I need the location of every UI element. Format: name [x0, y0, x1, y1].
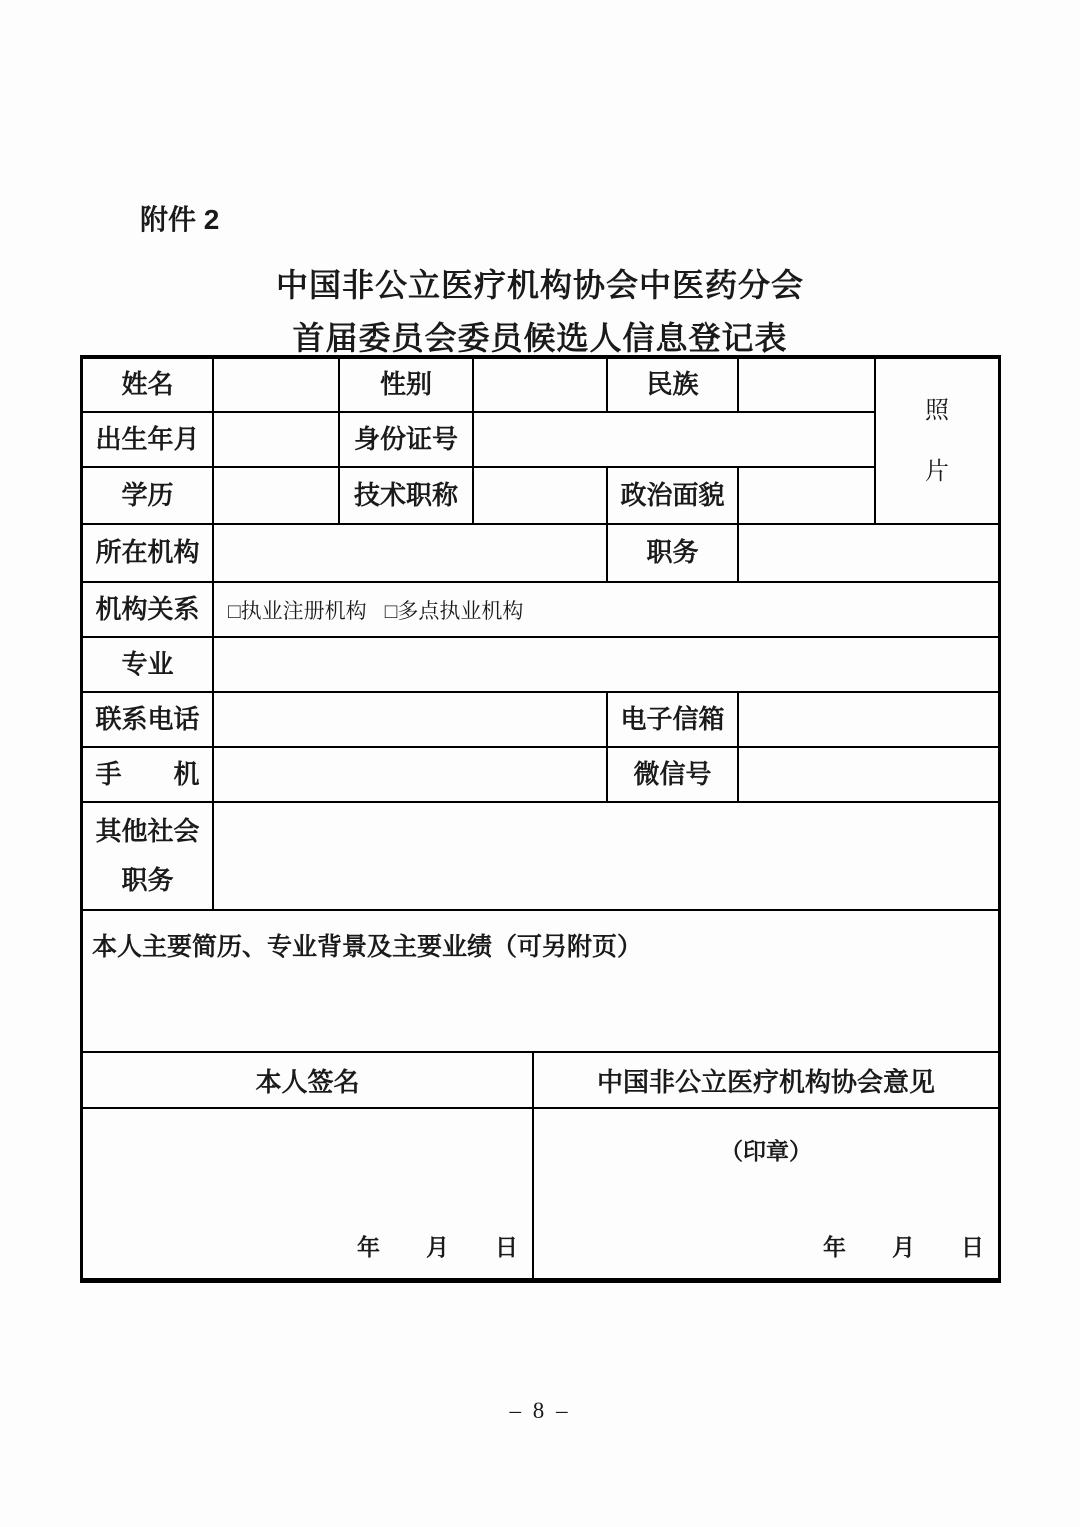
- signature-area-cell: 年 月 日: [83, 1109, 534, 1278]
- checkbox-option-registered-institution: □执业注册机构: [228, 595, 367, 625]
- education-value-cell: [214, 468, 340, 523]
- document-page: 附件 2 中国非公立医疗机构协会中医药分会 首届委员会委员候选人信息登记表 姓名…: [0, 0, 1080, 1527]
- name-value-cell: [214, 359, 340, 411]
- opinion-date: 年 月 日: [823, 1229, 984, 1262]
- registration-form-table: 姓名 性别 民族 出生年月 身份证号 学历 技术职称: [80, 355, 1001, 1283]
- row-mobile-wechat: 手 机 微信号: [83, 748, 998, 803]
- major-value-cell: [214, 638, 998, 691]
- tech-title-value-cell: [474, 468, 608, 523]
- major-label: 专业: [83, 638, 214, 691]
- mobile-label: 手 机: [83, 748, 214, 801]
- signature-header: 本人签名: [83, 1053, 534, 1107]
- opinion-area-cell: （印章） 年 月 日: [534, 1109, 998, 1278]
- row-resume: 本人主要简历、专业背景及主要业绩（可另附页）: [83, 911, 998, 1053]
- checkbox-option-multi-site-institution: □多点执业机构: [385, 595, 524, 625]
- row-name-gender-ethnic: 姓名 性别 民族: [83, 359, 874, 413]
- wechat-value-cell: [739, 748, 998, 801]
- resume-header: 本人主要简历、专业背景及主要业绩（可另附页）: [83, 911, 998, 1051]
- institution-label: 所在机构: [83, 525, 214, 581]
- row-institution-duty: 所在机构 职务: [83, 525, 998, 583]
- row-birth-id: 出生年月 身份证号: [83, 413, 874, 468]
- telephone-label: 联系电话: [83, 693, 214, 746]
- stamp-placeholder: （印章）: [534, 1133, 998, 1166]
- tech-title-label: 技术职称: [340, 468, 474, 523]
- basic-info-left-grid: 姓名 性别 民族 出生年月 身份证号 学历 技术职称: [83, 359, 876, 523]
- duty-label: 职务: [608, 525, 739, 581]
- id-number-label: 身份证号: [340, 413, 474, 466]
- other-social-duty-value-cell: [214, 803, 998, 909]
- political-status-label: 政治面貌: [608, 468, 739, 523]
- row-telephone-email: 联系电话 电子信箱: [83, 693, 998, 748]
- form-rows-basic-info: 姓名 性别 民族 出生年月 身份证号 学历 技术职称: [83, 359, 998, 525]
- birth-label: 出生年月: [83, 413, 214, 466]
- row-institution-relationship: 机构关系 □执业注册机构 □多点执业机构: [83, 583, 998, 638]
- association-opinion-header: 中国非公立医疗机构协会意见: [534, 1053, 998, 1107]
- duty-value-cell: [739, 525, 998, 581]
- row-signature-area: 年 月 日 （印章） 年 月 日: [83, 1109, 998, 1278]
- other-social-duty-label: 其他社会 职务: [83, 803, 214, 909]
- document-title-line1: 中国非公立医疗机构协会中医药分会: [0, 260, 1080, 306]
- institution-value-cell: [214, 525, 608, 581]
- id-number-value-cell: [474, 413, 874, 466]
- attachment-label: 附件 2: [140, 198, 219, 238]
- telephone-value-cell: [214, 693, 608, 746]
- institution-relationship-options: □执业注册机构 □多点执业机构: [214, 583, 998, 636]
- gender-value-cell: [474, 359, 608, 411]
- row-signature-headers: 本人签名 中国非公立医疗机构协会意见: [83, 1053, 998, 1109]
- institution-relationship-label: 机构关系: [83, 583, 214, 636]
- mobile-value-cell: [214, 748, 608, 801]
- ethnic-label: 民族: [608, 359, 739, 411]
- wechat-label: 微信号: [608, 748, 739, 801]
- row-other-social-duty: 其他社会 职务: [83, 803, 998, 911]
- row-major: 专业: [83, 638, 998, 693]
- signature-date: 年 月 日: [357, 1229, 518, 1262]
- document-title-line2: 首届委员会委员候选人信息登记表: [0, 313, 1080, 359]
- ethnic-value-cell: [739, 359, 874, 411]
- photo-placeholder-cell: 照 片: [876, 359, 998, 523]
- row-edu-title-political: 学历 技术职称 政治面貌: [83, 468, 874, 523]
- email-value-cell: [739, 693, 998, 746]
- education-label: 学历: [83, 468, 214, 523]
- gender-label: 性别: [340, 359, 474, 411]
- political-status-value-cell: [739, 468, 874, 523]
- page-number: – 8 –: [0, 1398, 1080, 1424]
- email-label: 电子信箱: [608, 693, 739, 746]
- name-label: 姓名: [83, 359, 214, 411]
- birth-value-cell: [214, 413, 340, 466]
